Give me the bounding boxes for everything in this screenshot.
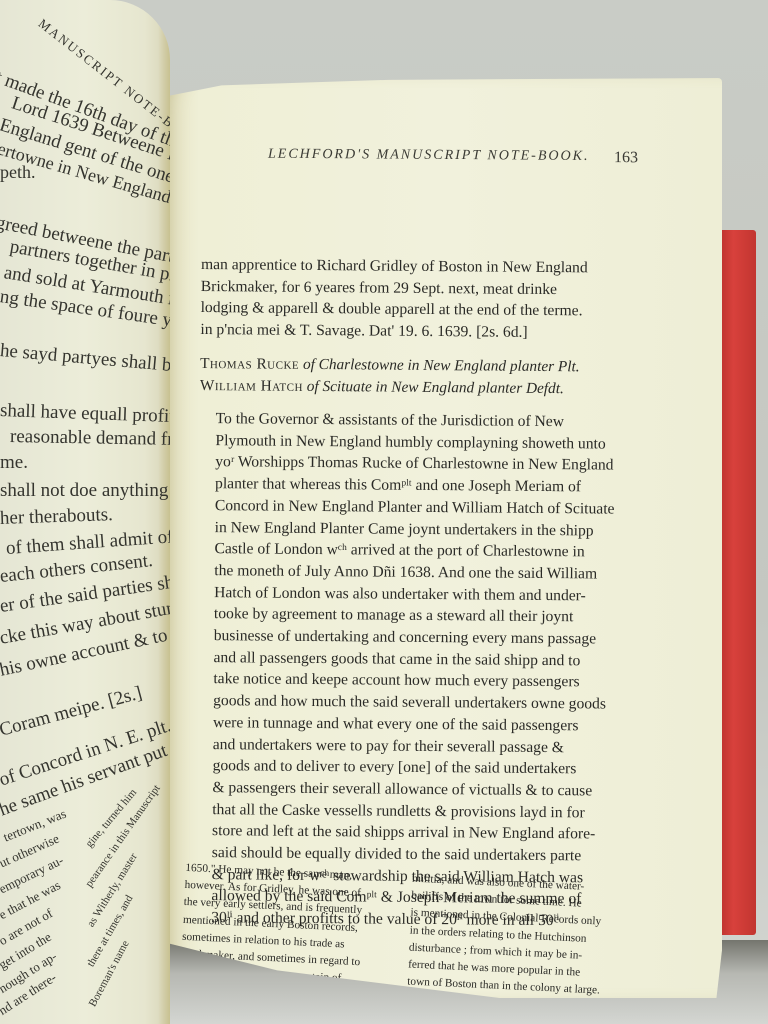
text-line: reasonable demand from time [10, 426, 170, 452]
running-head: LECHFORD'S MANUSCRIPT NOTE-BOOK. 163 [268, 147, 638, 168]
defendant-desc: of Scituate in New England planter Defdt… [307, 378, 564, 397]
footnote-column-right: militia, and was also one of the water- … [407, 871, 625, 1001]
left-page: MANUSCRIPT NOTE-BOOK. t made the 16th da… [0, 0, 170, 1024]
page-number: 163 [614, 149, 638, 167]
book-cover-edge [718, 230, 756, 935]
case-heading: Thomas Rucke of Charlestowne in New Engl… [200, 353, 632, 401]
right-page: LECHFORD'S MANUSCRIPT NOTE-BOOK. 163 man… [166, 78, 722, 998]
text-line: Concord in New England Planter and Willi… [199, 495, 631, 520]
running-head-title: LECHFORD'S MANUSCRIPT NOTE-BOOK. [268, 147, 590, 167]
text-line: in p'ncia mei & T. Savage. Dat' 19. 6. 1… [200, 319, 630, 344]
defendant-line: William Hatch of Scituate in New England… [200, 375, 632, 401]
defendant-name: William Hatch [200, 377, 303, 395]
text-line: he sayd partyes shall beare equall [0, 340, 170, 384]
text-line: shall have equall profits and [0, 400, 170, 429]
paragraph-complaint: To the Governor & assistants of the Juri… [195, 408, 632, 933]
paragraph-apprentice: man apprentice to Richard Gridley of Bos… [200, 254, 631, 345]
text-line: were in tunnage and what every one of th… [197, 712, 629, 737]
text-line: her therabouts. [0, 504, 113, 530]
text-line: me. [0, 452, 28, 474]
text-line: shall not doe anything contrary [0, 480, 170, 502]
plaintiff-desc: of Charlestowne in New England planter P… [303, 356, 580, 375]
text-line: peth. [0, 162, 36, 183]
plaintiff-name: Thomas Rucke [200, 355, 299, 373]
